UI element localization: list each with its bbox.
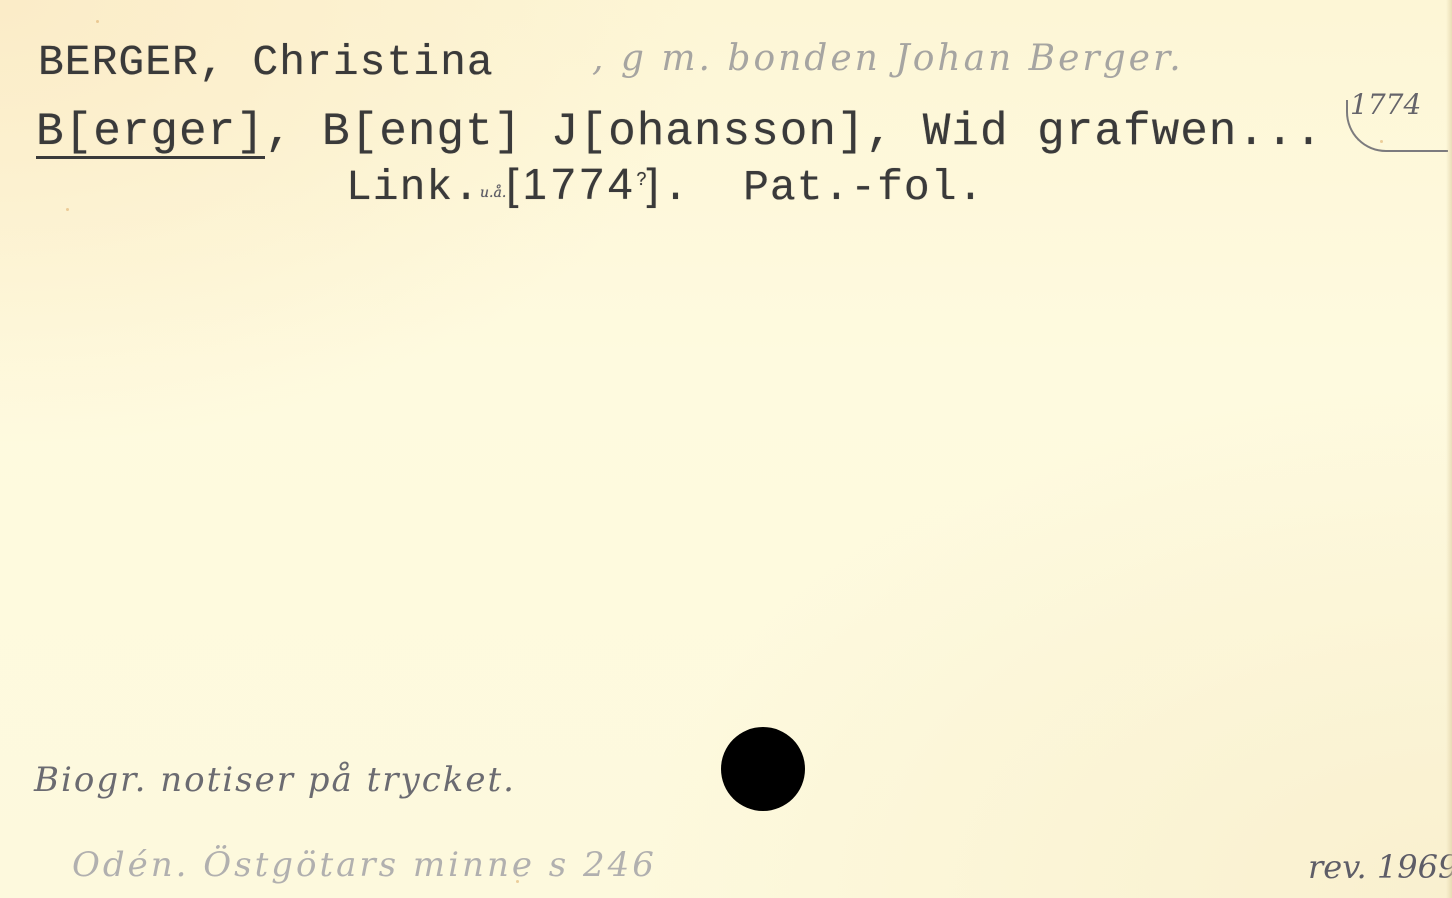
imprint-place: Link. bbox=[346, 163, 480, 212]
imprint-year-query: ? bbox=[636, 169, 646, 189]
entry-title: , B[engt] J[ohansson], Wid grafwen... bbox=[265, 106, 1323, 158]
imprint-format: . Pat.-fol. bbox=[663, 163, 985, 212]
punch-hole bbox=[721, 727, 805, 811]
handwritten-year-annotation: 1774 bbox=[1350, 88, 1421, 121]
handwritten-biogr-note: Biogr. notiser på trycket. bbox=[34, 760, 516, 800]
imprint-line: Link.u.å.[1774?]. Pat.-fol. bbox=[346, 160, 984, 212]
bracket-open: [ bbox=[506, 160, 522, 209]
handwritten-heading-annotation: , g m. bonden Johan Berger. bbox=[592, 38, 1184, 79]
imprint-year: 1774 bbox=[523, 160, 637, 209]
heading-name: BERGER, Christina bbox=[38, 38, 494, 87]
imprint-place-note: u.å. bbox=[480, 185, 506, 201]
bracket-close: ] bbox=[646, 160, 662, 209]
paper-speck bbox=[96, 20, 99, 23]
paper-speck bbox=[1380, 140, 1383, 143]
entry-line: B[erger], B[engt] J[ohansson], Wid grafw… bbox=[36, 106, 1323, 159]
handwritten-reference-note: Odén. Östgötars minne s 246 bbox=[72, 845, 657, 885]
imprint-year-group: [1774?] bbox=[506, 160, 662, 209]
handwritten-revision-note: rev. 1969 bbox=[1308, 848, 1452, 886]
heading-line: BERGER, Christina bbox=[38, 38, 494, 87]
catalog-card: BERGER, Christina , g m. bonden Johan Be… bbox=[0, 0, 1452, 898]
entry-author-underlined: B[erger] bbox=[36, 109, 265, 159]
paper-speck bbox=[66, 208, 69, 211]
paper-speck bbox=[516, 880, 519, 883]
